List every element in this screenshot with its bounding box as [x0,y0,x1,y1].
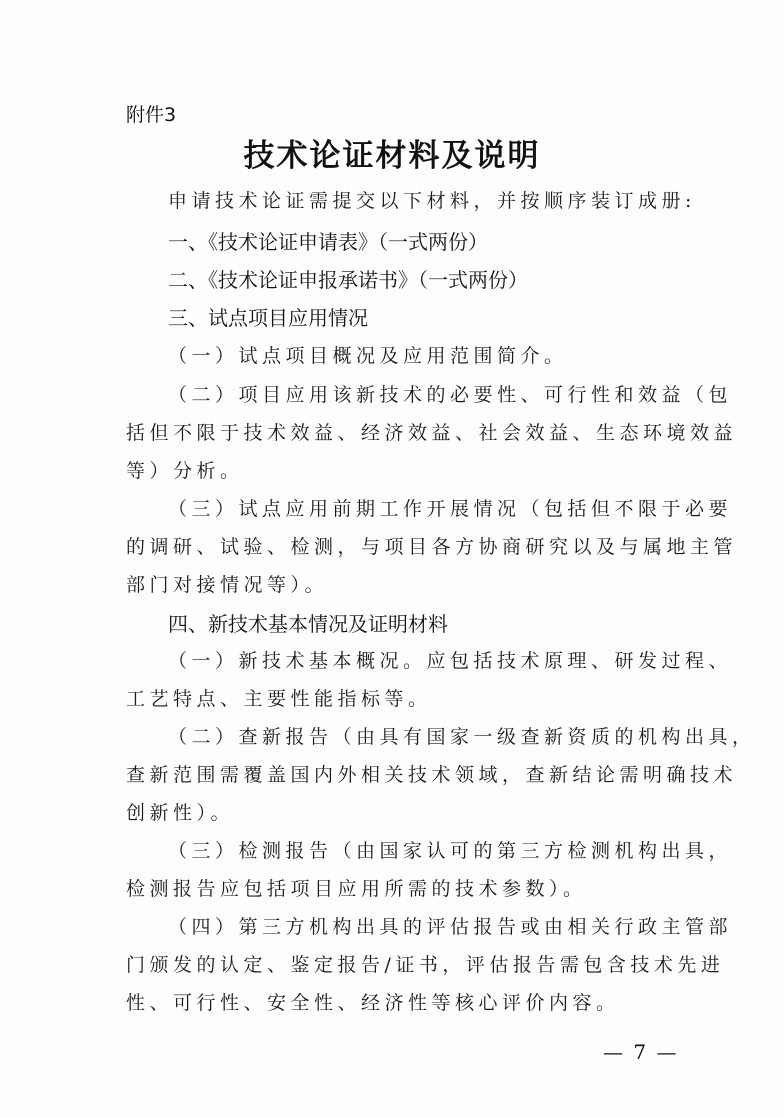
section-3-heading: 三、试点项目应用情况 [168,302,368,331]
section-4-item-4-line-3: 性、可行性、安全性、经济性等核心评价内容。 [126,988,620,1015]
section-3-item-2-line-3: 等）分析。 [126,456,244,483]
section-3-item-3-line-3: 部门对接情况等）。 [126,570,328,597]
section-3-item-3-line-1: （三）试点应用前期工作开展情况（包括但不限于必要 [168,494,732,521]
section-3-item-2-line-2: 括但不限于技术效益、经济效益、社会效益、生态环境效益 [126,418,737,445]
section-3-item-2-line-1: （二）项目应用该新技术的必要性、可行性和效益（包 [168,380,732,407]
document-title: 技术论证材料及说明 [0,130,784,175]
document-page: 附件3 技术论证材料及说明 申请技术论证需提交以下材料，并按顺序装订成册: 一、… [0,0,784,1118]
intro-text: 申请技术论证需提交以下材料，并按顺序装订成册: [168,186,696,213]
section-4-item-1-line-2: 工艺特点、主要性能指标等。 [126,684,432,711]
section-4-item-2-line-3: 创新性）。 [126,798,234,825]
section-4-item-3-line-2: 检测报告应包括项目应用所需的技术参数）。 [126,874,587,901]
section-1-heading: 一、《技术论证申请表》（一式两份） [168,226,488,255]
page-number: — 7 — [603,1040,678,1064]
section-4-item-4-line-2: 门颁发的认定、鉴定报告/证书，评估报告需包含技术先进 [126,950,724,977]
section-2-heading: 二、《技术论证申报承诺书》（一式两份） [168,264,528,293]
attachment-label: 附件3 [126,100,176,127]
section-3-item-1-line-1: （一）试点项目概况及应用范围简介。 [168,341,568,368]
section-4-item-3-line-1: （三）检测报告（由国家认可的第三方检测机构出具， [168,836,732,863]
section-4-item-4-line-1: （四）第三方机构出具的评估报告或由相关行政主管部 [168,912,732,939]
section-3-item-3-line-2: 的调研、试验、检测，与项目各方协商研究以及与属地主管 [126,532,737,559]
section-4-heading: 四、新技术基本情况及证明材料 [168,608,448,637]
section-4-item-2-line-1: （二）查新报告（由具有国家一级查新资质的机构出具， [168,722,756,749]
section-4-item-2-line-2: 查新范围需覆盖国内外相关技术领域，查新结论需明确技术 [126,760,737,787]
section-4-item-1-line-1: （一）新技术基本概况。应包括技术原理、研发过程、 [168,646,732,673]
